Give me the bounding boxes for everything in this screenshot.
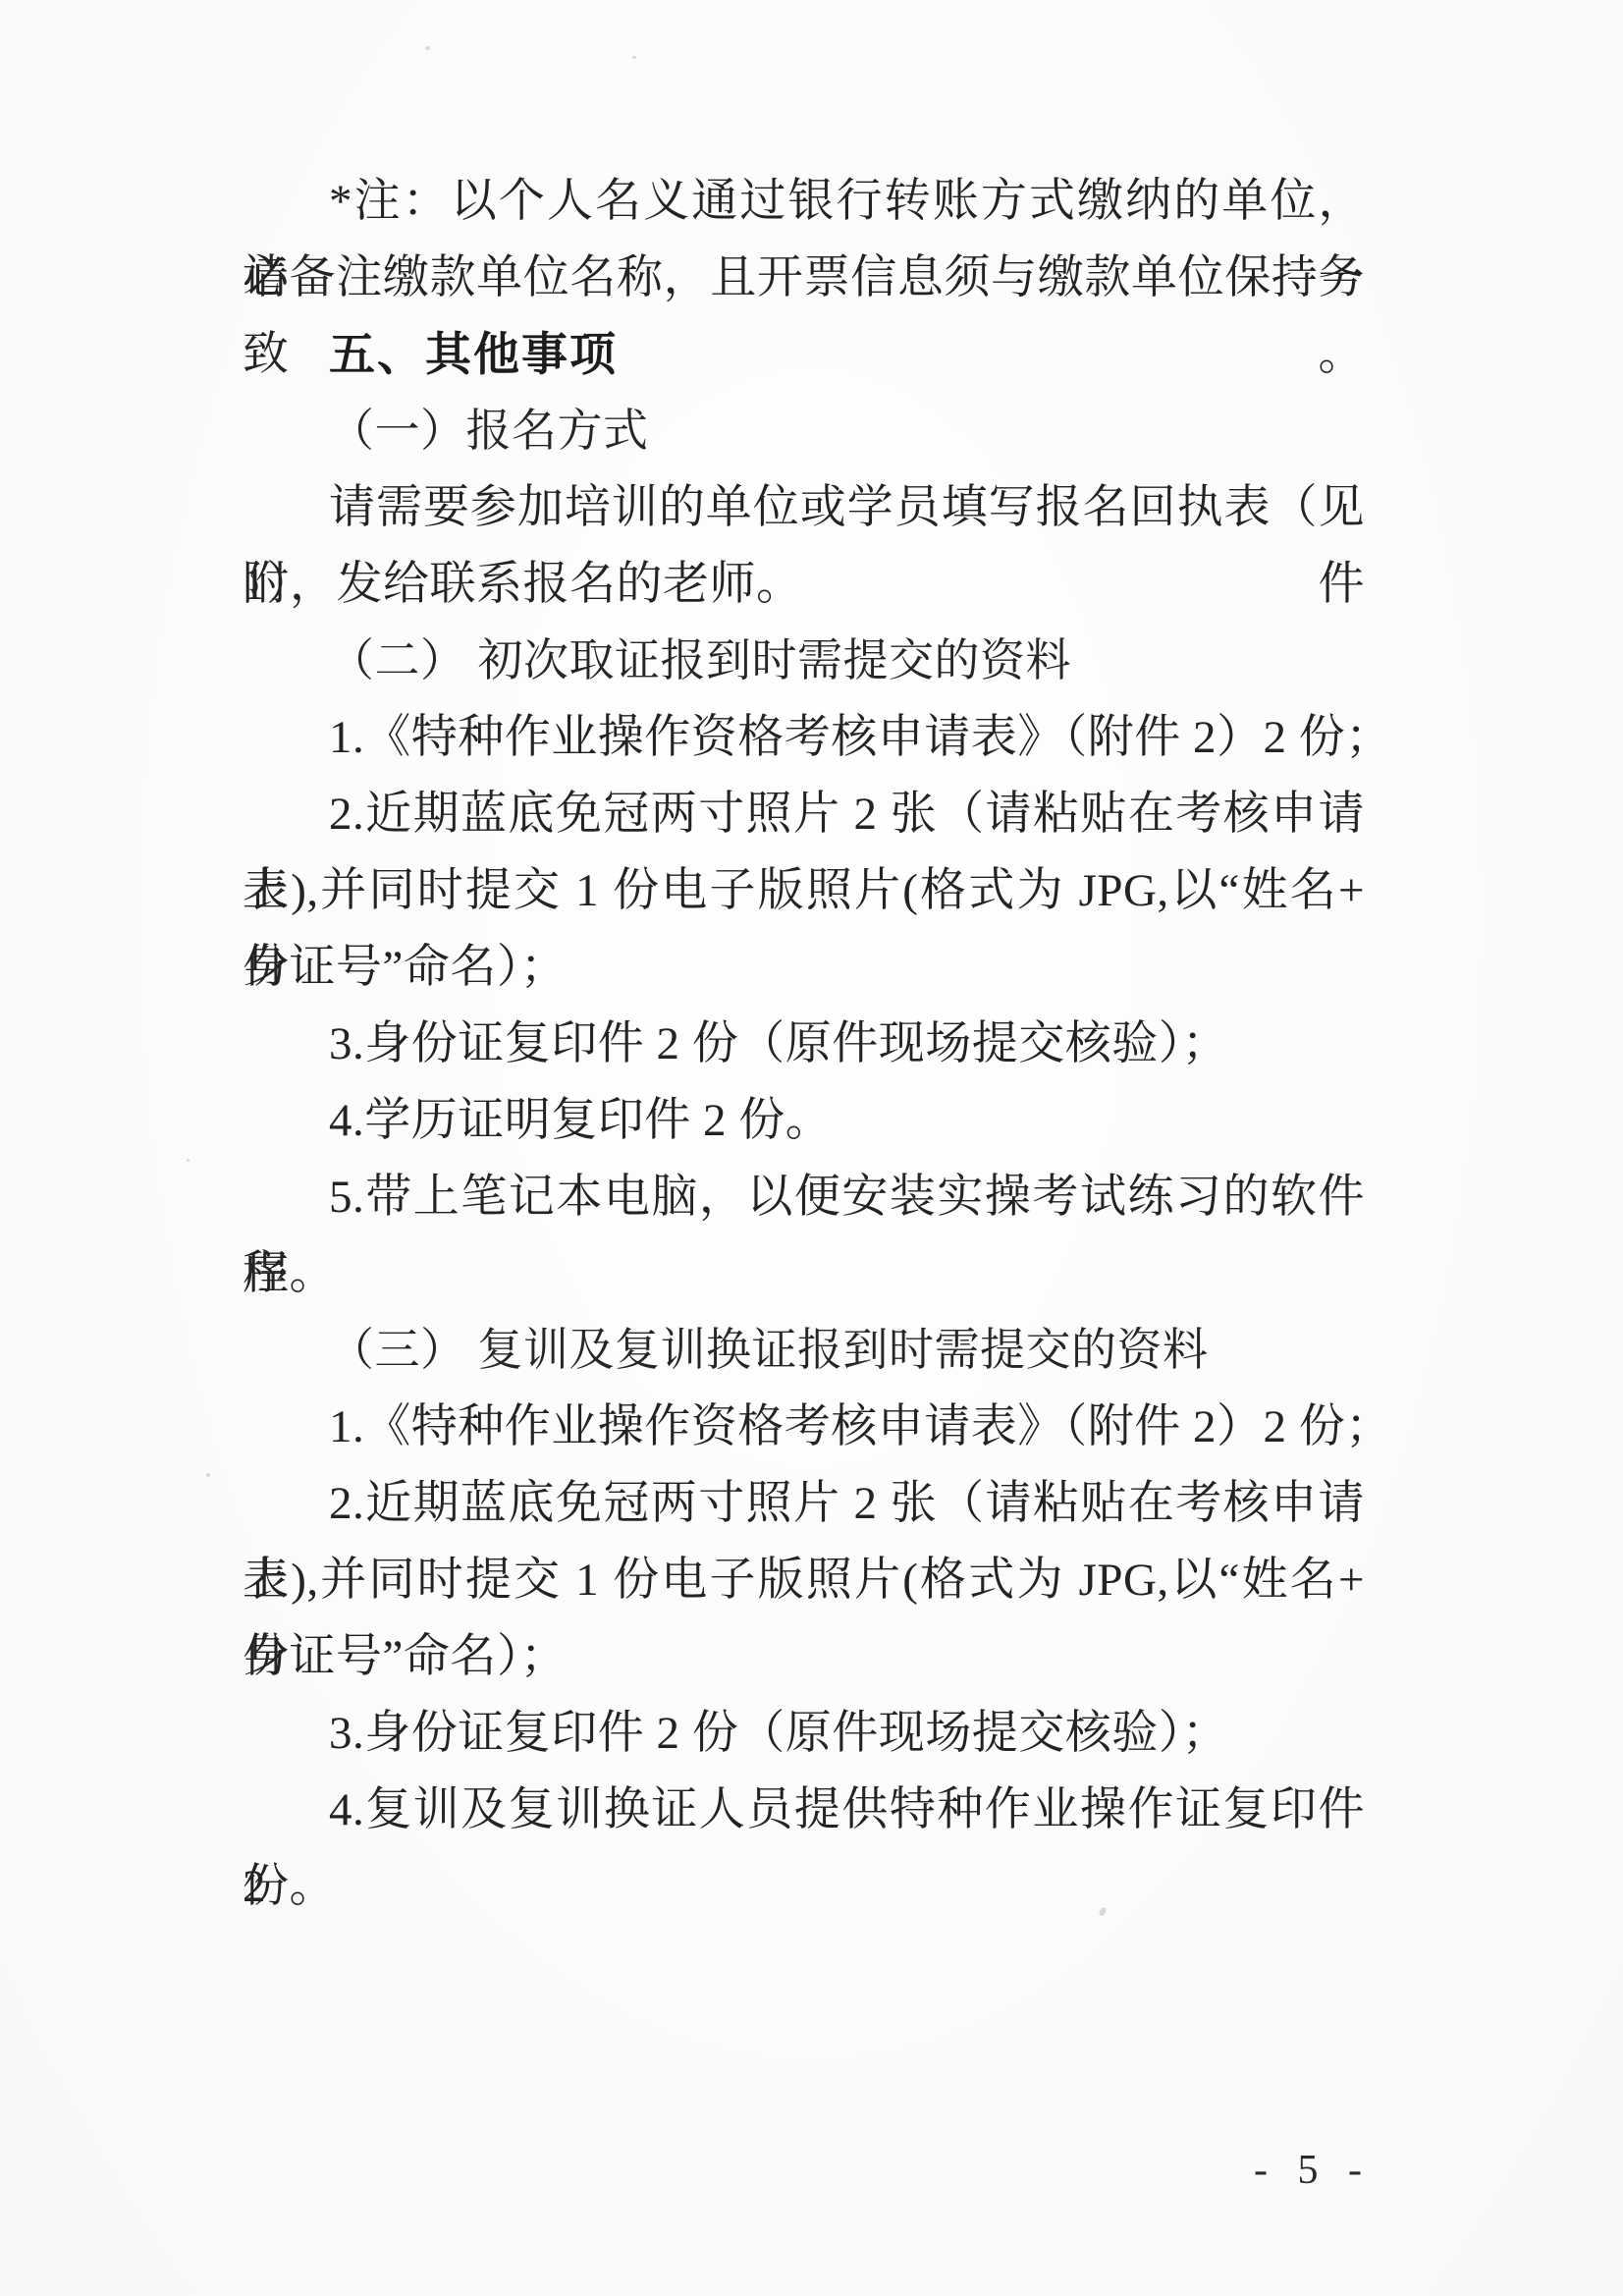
scan-speck [206, 1473, 210, 1477]
list-item-line: 2.近期蓝底免冠两寸照片 2 张（请粘贴在考核申请表 [243, 1465, 1365, 1542]
list-item-line: 4.学历证明复印件 2 份。 [243, 1082, 1365, 1159]
page-number: - 5 - [1249, 2141, 1377, 2200]
list-item-line: 1.《特种作业操作资格考核申请表》（附件 2）2 份； [243, 699, 1365, 776]
scan-speck [632, 56, 636, 59]
list-item-line: 上),并同时提交 1 份电子版照片(格式为 JPG,以“姓名+ 身 [243, 1542, 1365, 1618]
heading-sub-one: （一）报名方式 [243, 393, 1365, 469]
list-item-line: 份证号”命名）； [243, 1618, 1365, 1695]
scan-speck [425, 46, 430, 50]
list-item-line: 序。 [243, 1235, 1365, 1312]
heading-sub-two: （二） 初次取证报到时需提交的资料 [243, 623, 1365, 699]
note-line: *注：以个人名义通过银行转账方式缴纳的单位，请务 [243, 163, 1365, 240]
list-item-line: 5.带上笔记本电脑，以便安装实操考试练习的软件程 [243, 1159, 1365, 1235]
heading-sub-three: （三） 复训及复训换证报到时需提交的资料 [243, 1312, 1365, 1389]
list-item-line: 份。 [243, 1848, 1365, 1925]
document-text-block: *注：以个人名义通过银行转账方式缴纳的单位，请务 必备注缴款单位名称，且开票信息… [243, 163, 1365, 1925]
list-item-line: 1.《特种作业操作资格考核申请表》（附件 2）2 份； [243, 1389, 1365, 1465]
list-item-line: 3.身份证复印件 2 份（原件现场提交核验）； [243, 1695, 1365, 1772]
scanned-document-page: *注：以个人名义通过银行转账方式缴纳的单位，请务 必备注缴款单位名称，且开票信息… [0, 0, 1623, 2296]
list-item-line: 3.身份证复印件 2 份（原件现场提交核验）； [243, 1006, 1365, 1082]
scan-speck [187, 1159, 189, 1162]
list-item-line: 4.复训及复训换证人员提供特种作业操作证复印件 2 [243, 1772, 1365, 1848]
list-item-line: 份证号”命名）； [243, 929, 1365, 1006]
list-item-line: 2.近期蓝底免冠两寸照片 2 张（请粘贴在考核申请表 [243, 776, 1365, 852]
list-item-line: 上),并同时提交 1 份电子版照片(格式为 JPG,以“姓名+ 身 [243, 852, 1365, 929]
note-line: 必备注缴款单位名称，且开票信息须与缴款单位保持一致。 [243, 240, 1365, 316]
body-line: 请需要参加培训的单位或学员填写报名回执表（见附件 [243, 469, 1365, 546]
